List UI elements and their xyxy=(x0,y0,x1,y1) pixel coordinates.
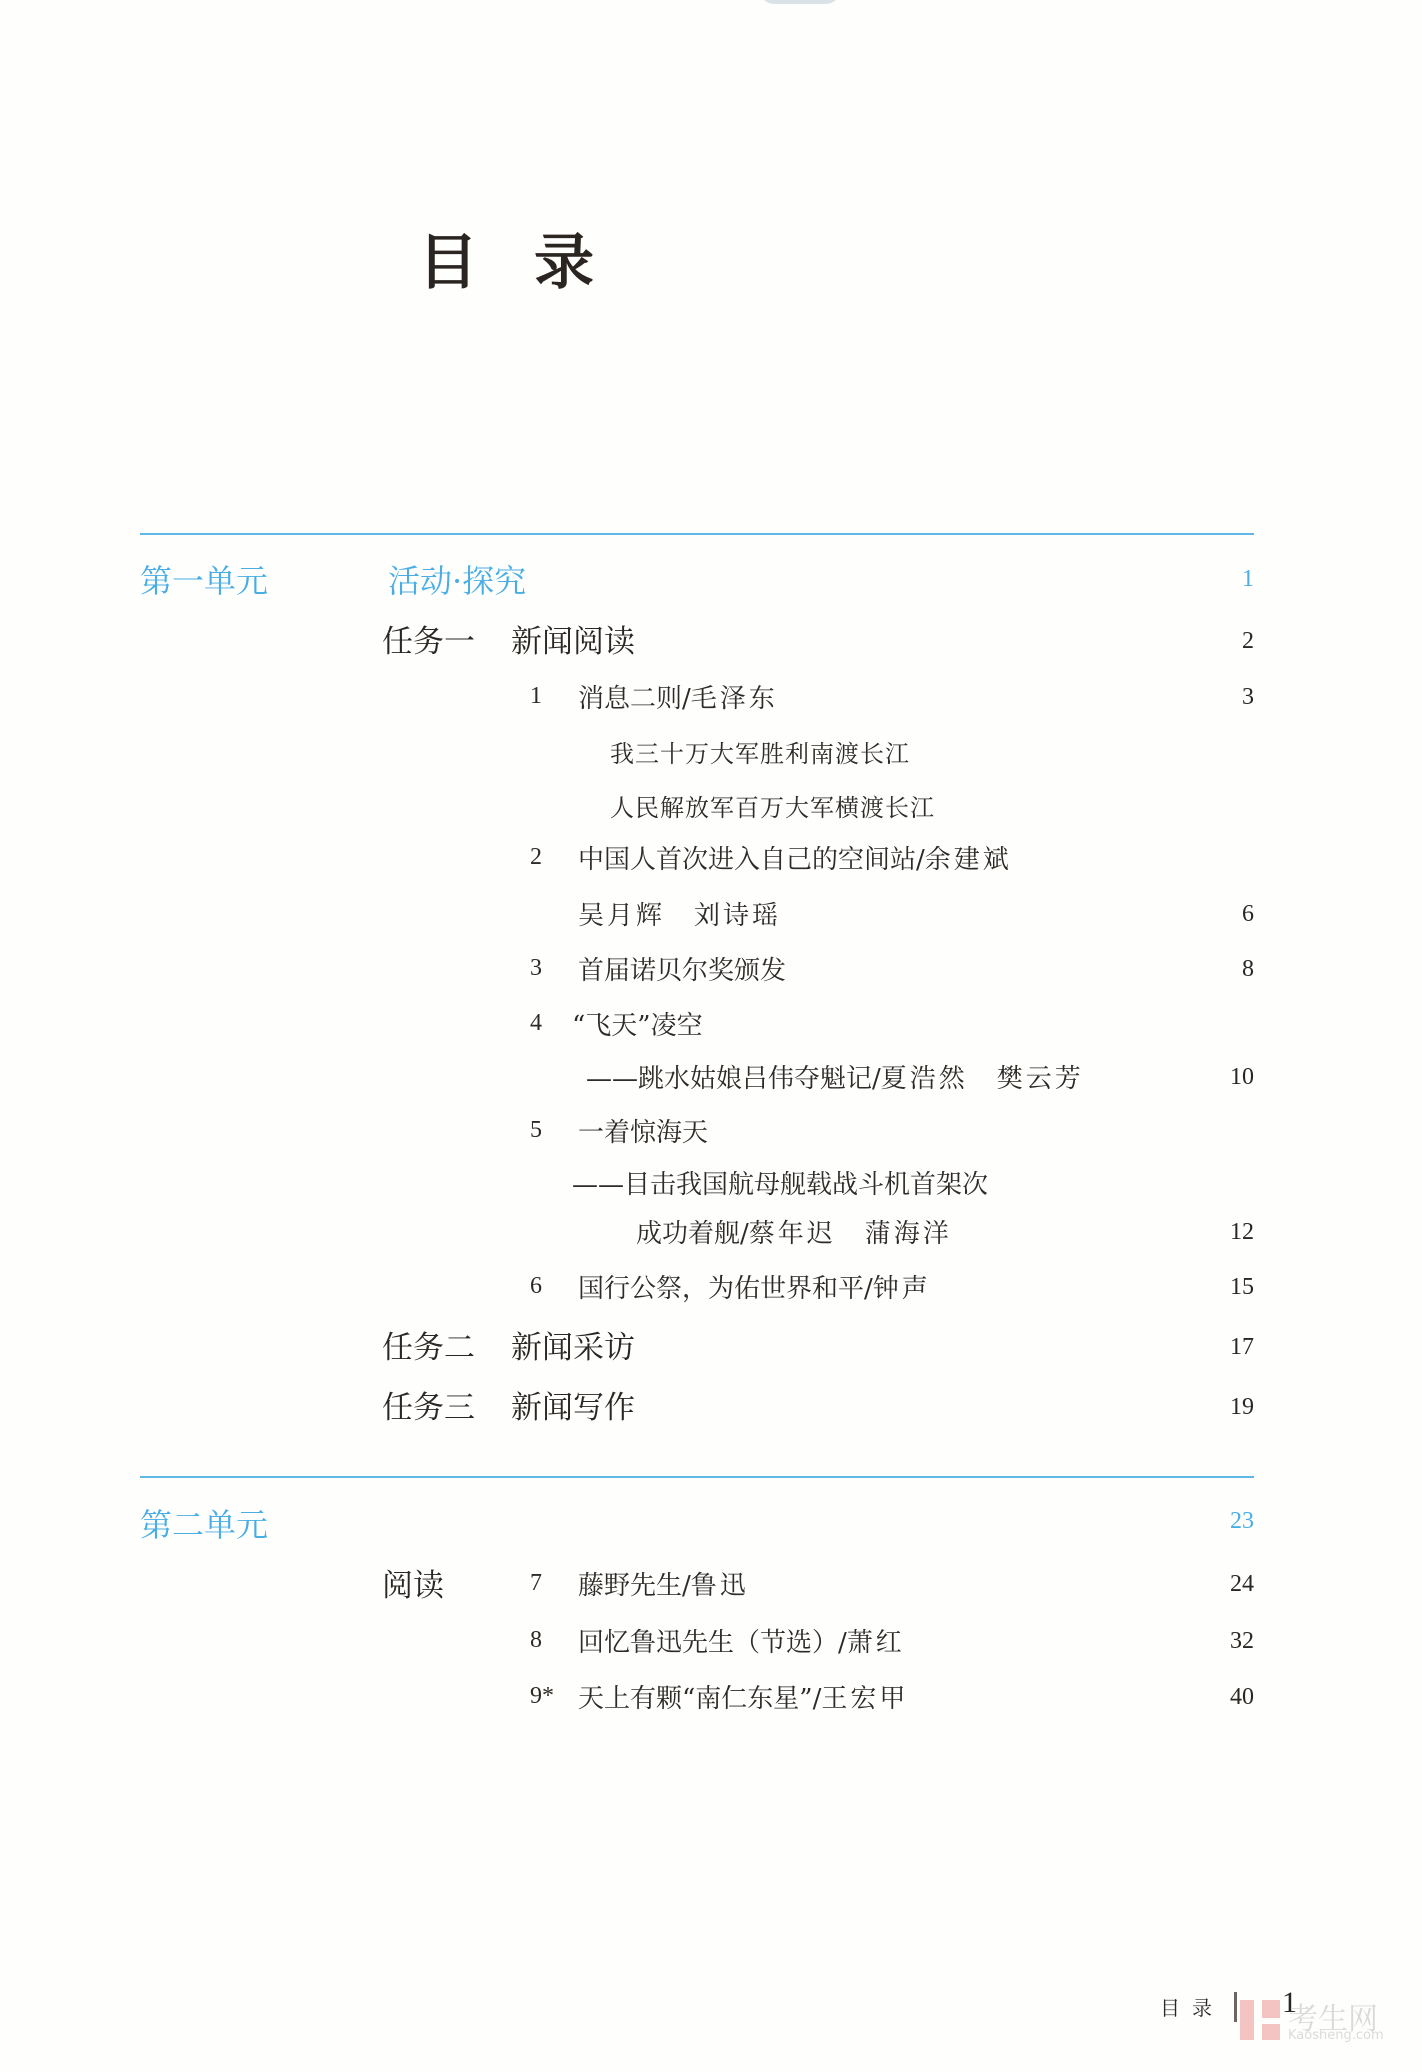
lesson-subtitle-cont: 成功着舰 xyxy=(636,1219,740,1249)
lesson-subtitle[interactable]: 人民解放军百万大军横渡长江 xyxy=(610,788,935,823)
task-name: 新闻写作 xyxy=(511,1390,635,1426)
lesson-author: 王宏甲 xyxy=(821,1684,908,1714)
unit-label: 第一单元 xyxy=(140,556,268,602)
page-number[interactable]: 15 xyxy=(1230,1274,1254,1301)
lesson-author: 蔡年迟 蒲海洋 xyxy=(749,1219,952,1249)
lesson-number: 8 xyxy=(530,1627,542,1654)
page-title: 目录 xyxy=(418,215,650,301)
lesson-title[interactable]: 一着惊海天 xyxy=(578,1112,708,1149)
lesson-entry[interactable]: 回忆鲁迅先生（节选）/萧红 xyxy=(578,1622,905,1659)
task-item[interactable]: 任务三新闻写作 xyxy=(382,1382,635,1427)
lesson-number: 2 xyxy=(530,844,542,871)
unit-page-number[interactable]: 1 xyxy=(1242,566,1254,593)
lesson-title: 回忆鲁迅先生（节选） xyxy=(578,1628,838,1658)
lesson-subtitle: ——跳水姑娘吕伟夺魁记 xyxy=(586,1064,872,1094)
page-number[interactable]: 12 xyxy=(1230,1219,1254,1246)
page-number[interactable]: 2 xyxy=(1242,628,1254,655)
lesson-title[interactable]: 首届诺贝尔奖颁发 xyxy=(578,950,786,987)
lesson-entry[interactable]: 国行公祭，为佑世界和平/钟声 xyxy=(578,1268,931,1305)
watermark-logo-icon xyxy=(1240,2000,1280,2040)
unit-page-number[interactable]: 23 xyxy=(1230,1508,1254,1535)
page-number[interactable]: 8 xyxy=(1242,956,1254,983)
lesson-title: 国行公祭，为佑世界和平 xyxy=(578,1274,864,1304)
task-item[interactable]: 任务二新闻采访 xyxy=(382,1322,635,1367)
task-name: 新闻阅读 xyxy=(511,624,635,660)
page-number[interactable]: 32 xyxy=(1230,1628,1254,1655)
lesson-entry[interactable]: 中国人首次进入自己的空间站/余建斌 xyxy=(578,839,1012,876)
unit-divider xyxy=(140,533,1254,535)
lesson-number: 9* xyxy=(530,1683,554,1710)
task-label: 任务二 xyxy=(382,1330,475,1366)
unit-theme: 活动·探究 xyxy=(388,556,526,602)
task-item[interactable]: 任务一新闻阅读 xyxy=(382,616,635,661)
lesson-author: 余建斌 xyxy=(925,845,1012,875)
lesson-author: 毛泽东 xyxy=(691,684,778,714)
unit-divider xyxy=(140,1476,1254,1478)
lesson-title[interactable]: “飞天”凌空 xyxy=(572,1005,703,1042)
lesson-entry[interactable]: ——跳水姑娘吕伟夺魁记/夏浩然 樊云芳 xyxy=(586,1058,1084,1095)
lesson-subtitle[interactable]: 我三十万大军胜利南渡长江 xyxy=(610,734,910,769)
lesson-number: 1 xyxy=(530,683,542,710)
page-number[interactable]: 10 xyxy=(1230,1064,1254,1091)
page-number[interactable]: 3 xyxy=(1242,684,1254,711)
lesson-author: 夏浩然 樊云芳 xyxy=(881,1064,1084,1094)
lesson-number: 6 xyxy=(530,1273,542,1300)
top-tab-decoration xyxy=(760,0,840,4)
lesson-title: 消息二则 xyxy=(578,684,682,714)
lesson-entry[interactable]: 藤野先生/鲁迅 xyxy=(578,1565,749,1602)
page-number[interactable]: 40 xyxy=(1230,1684,1254,1711)
lesson-author: 钟声 xyxy=(873,1274,931,1304)
watermark-url: Kaosheng.com xyxy=(1288,2028,1384,2043)
unit-label: 第二单元 xyxy=(140,1500,268,1546)
task-label: 任务一 xyxy=(382,624,475,660)
lesson-subtitle[interactable]: ——目击我国航母舰载战斗机首架次 xyxy=(572,1164,988,1201)
task-name: 新闻采访 xyxy=(511,1330,635,1366)
lesson-number: 4 xyxy=(530,1010,542,1037)
footer-label: 目录 xyxy=(1160,1992,1224,2021)
page-number[interactable]: 17 xyxy=(1230,1334,1254,1361)
lesson-title: 中国人首次进入自己的空间站 xyxy=(578,845,916,875)
footer-divider xyxy=(1234,1992,1237,2022)
lesson-entry[interactable]: 消息二则/毛泽东 xyxy=(578,678,778,715)
lesson-number: 3 xyxy=(530,955,542,982)
lesson-title: 藤野先生 xyxy=(578,1571,682,1601)
page-number[interactable]: 24 xyxy=(1230,1571,1254,1598)
lesson-entry[interactable]: 成功着舰/蔡年迟 蒲海洋 xyxy=(636,1213,952,1250)
page-number[interactable]: 19 xyxy=(1230,1394,1254,1421)
lesson-author-cont: 吴月辉 刘诗瑶 xyxy=(578,895,781,932)
section-heading: 阅读 xyxy=(382,1560,444,1605)
page-number[interactable]: 6 xyxy=(1242,901,1254,928)
lesson-entry[interactable]: 天上有颗“南仁东星”/王宏甲 xyxy=(578,1678,908,1715)
task-label: 任务三 xyxy=(382,1390,475,1426)
lesson-author: 鲁迅 xyxy=(691,1571,749,1601)
lesson-author: 萧红 xyxy=(847,1628,905,1658)
lesson-title: 天上有颗“南仁东星” xyxy=(578,1684,813,1714)
lesson-number: 7 xyxy=(530,1570,542,1597)
lesson-number: 5 xyxy=(530,1117,542,1144)
